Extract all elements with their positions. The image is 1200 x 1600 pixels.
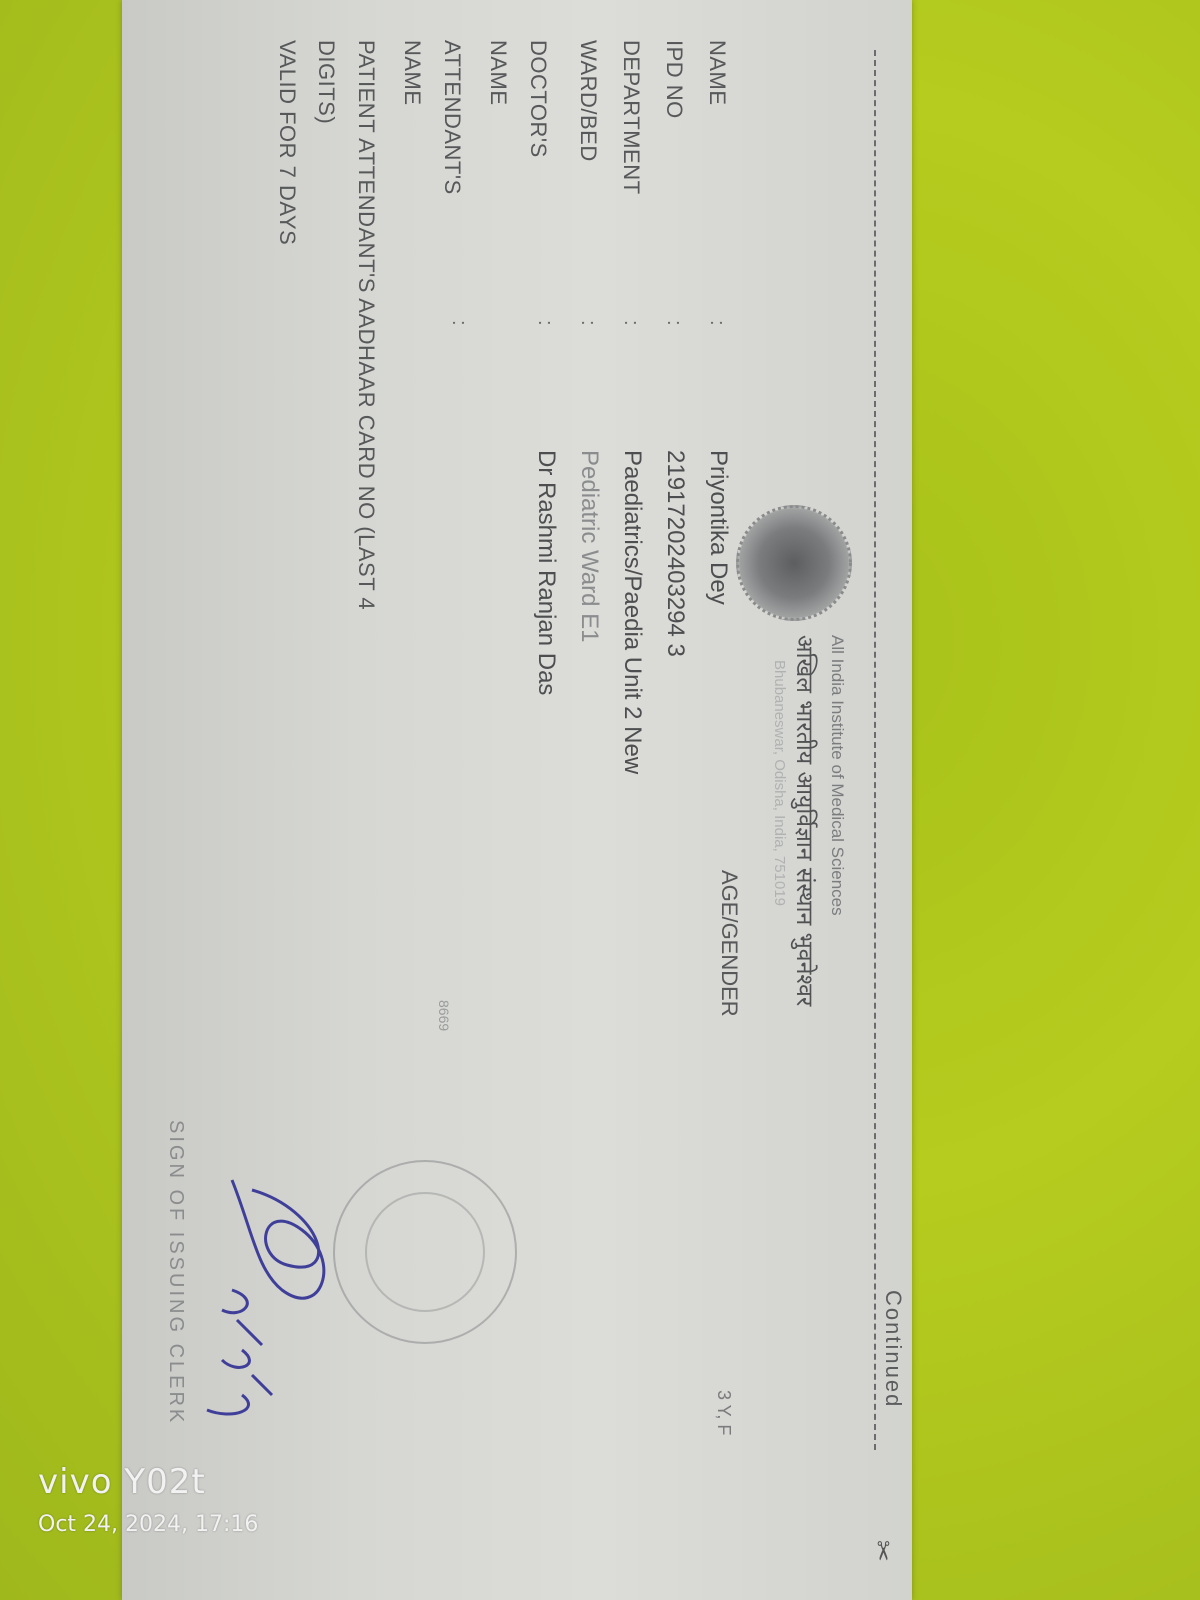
value-age-gender: 3 Y, F <box>713 1390 734 1435</box>
sign-of-issuing-clerk: SIGN OF ISSUING CLERK <box>164 1120 187 1425</box>
photo-timestamp: Oct 24, 2024, 17:16 <box>38 1512 258 1537</box>
colon: : <box>447 320 470 326</box>
colon: : <box>662 320 685 326</box>
hospital-slip: Continued ✂ All India Institute of Medic… <box>122 0 912 1600</box>
label-name: NAME <box>704 40 730 106</box>
colon: : <box>533 320 556 326</box>
perforation-line <box>874 50 876 1450</box>
continued-label: Continued <box>880 1290 906 1408</box>
validity-note: VALID FOR 7 DAYS <box>274 40 300 245</box>
label-age-gender: AGE/GENDER <box>716 870 742 1017</box>
value-aadhaar: 8669 <box>436 1000 452 1031</box>
colon: : <box>576 320 599 326</box>
aiims-emblem-icon <box>736 505 852 621</box>
label-doctors-name: DOCTOR'S NAME <box>478 40 558 180</box>
value-doctors-name: Dr Rashmi Ranjan Das <box>532 450 560 695</box>
label-attendants-name: ATTENDANT'S NAME <box>392 40 472 200</box>
label-ward-bed: WARD/BED <box>575 40 601 162</box>
value-ward-bed: Pediatric Ward E1 <box>575 450 603 643</box>
handwritten-signature <box>202 1170 382 1430</box>
label-ipd-no: IPD NO <box>661 40 687 119</box>
label-aadhaar: PATIENT ATTENDANT'S AADHAAR CARD NO (LAS… <box>306 40 386 640</box>
camera-model-watermark: vivo Y02t <box>38 1462 206 1502</box>
stamp-inner-ring <box>365 1192 485 1312</box>
scissors-icon: ✂ <box>867 1540 898 1562</box>
institute-name-hi: अखिल भारतीय आयुर्विज्ञान संस्थान भुवनेश्… <box>790 635 822 1006</box>
colon: : <box>705 320 728 326</box>
value-department: Paediatrics/Paedia Unit 2 New <box>618 450 646 774</box>
institute-name-en: All India Institute of Medical Sciences <box>827 635 847 916</box>
slip-content: Continued ✂ All India Institute of Medic… <box>122 0 912 1600</box>
value-ipd-no: 21917202403294 3 <box>661 450 689 657</box>
colon: : <box>619 320 642 326</box>
label-department: DEPARTMENT <box>618 40 644 195</box>
institute-location: Bhubaneswar, Odisha, India, 751019 <box>771 660 788 906</box>
value-name: Priyontika Dey <box>704 450 732 605</box>
